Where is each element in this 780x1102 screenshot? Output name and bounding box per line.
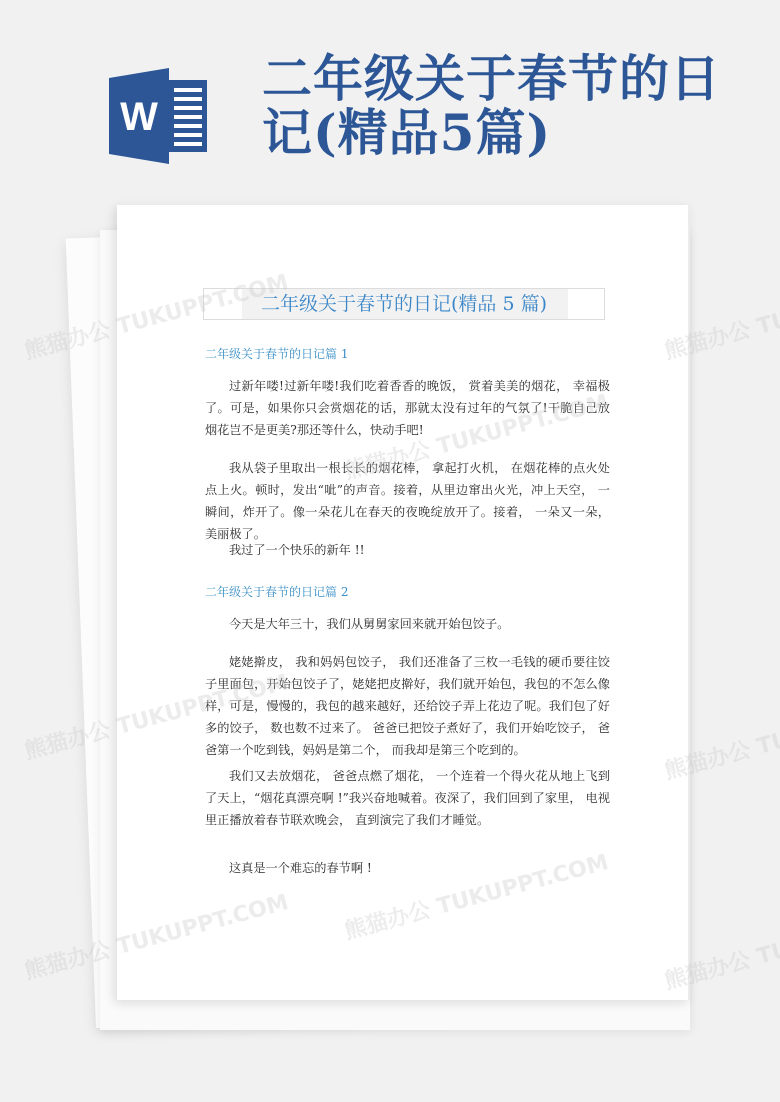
word-document-icon: W [107,66,209,166]
paragraph: 姥姥擀皮， 我和妈妈包饺子， 我们还准备了三枚一毛钱的硬币要往饺子里面包，开始包… [205,651,610,761]
document-title-box: 二年级关于春节的日记(精品 5 篇) [203,288,605,320]
paragraph: 我们又去放烟花， 爸爸点燃了烟花， 一个连着一个得火花从地上飞到了天上，“烟花真… [205,765,610,831]
page-title: 二年级关于春节的日记(精品5篇) [262,52,742,160]
section-heading-2: 二年级关于春节的日记篇 2 [205,583,348,600]
paragraph: 过新年喽!过新年喽!我们吃着香香的晚饭， 赏着美美的烟花， 幸福极了。可是，如果… [205,375,610,441]
word-icon-letter: W [120,95,158,139]
paragraph: 这真是一个难忘的春节啊 ! [205,857,610,879]
header: W 二年级关于春节的日记(精品5篇) [0,0,780,200]
paragraph: 今天是大年三十，我们从舅舅家回来就开始包饺子。 [205,613,610,635]
paragraph: 我过了一个快乐的新年 !! [205,539,610,561]
section-heading-1: 二年级关于春节的日记篇 1 [205,345,348,362]
document-page: 二年级关于春节的日记(精品 5 篇) 二年级关于春节的日记篇 1 过新年喽!过新… [117,205,690,1000]
document-title: 二年级关于春节的日记(精品 5 篇) [204,289,604,319]
paragraph: 我从袋子里取出一根长长的烟花棒， 拿起打火机， 在烟花棒的点火处点上火。顿时，发… [205,457,610,545]
